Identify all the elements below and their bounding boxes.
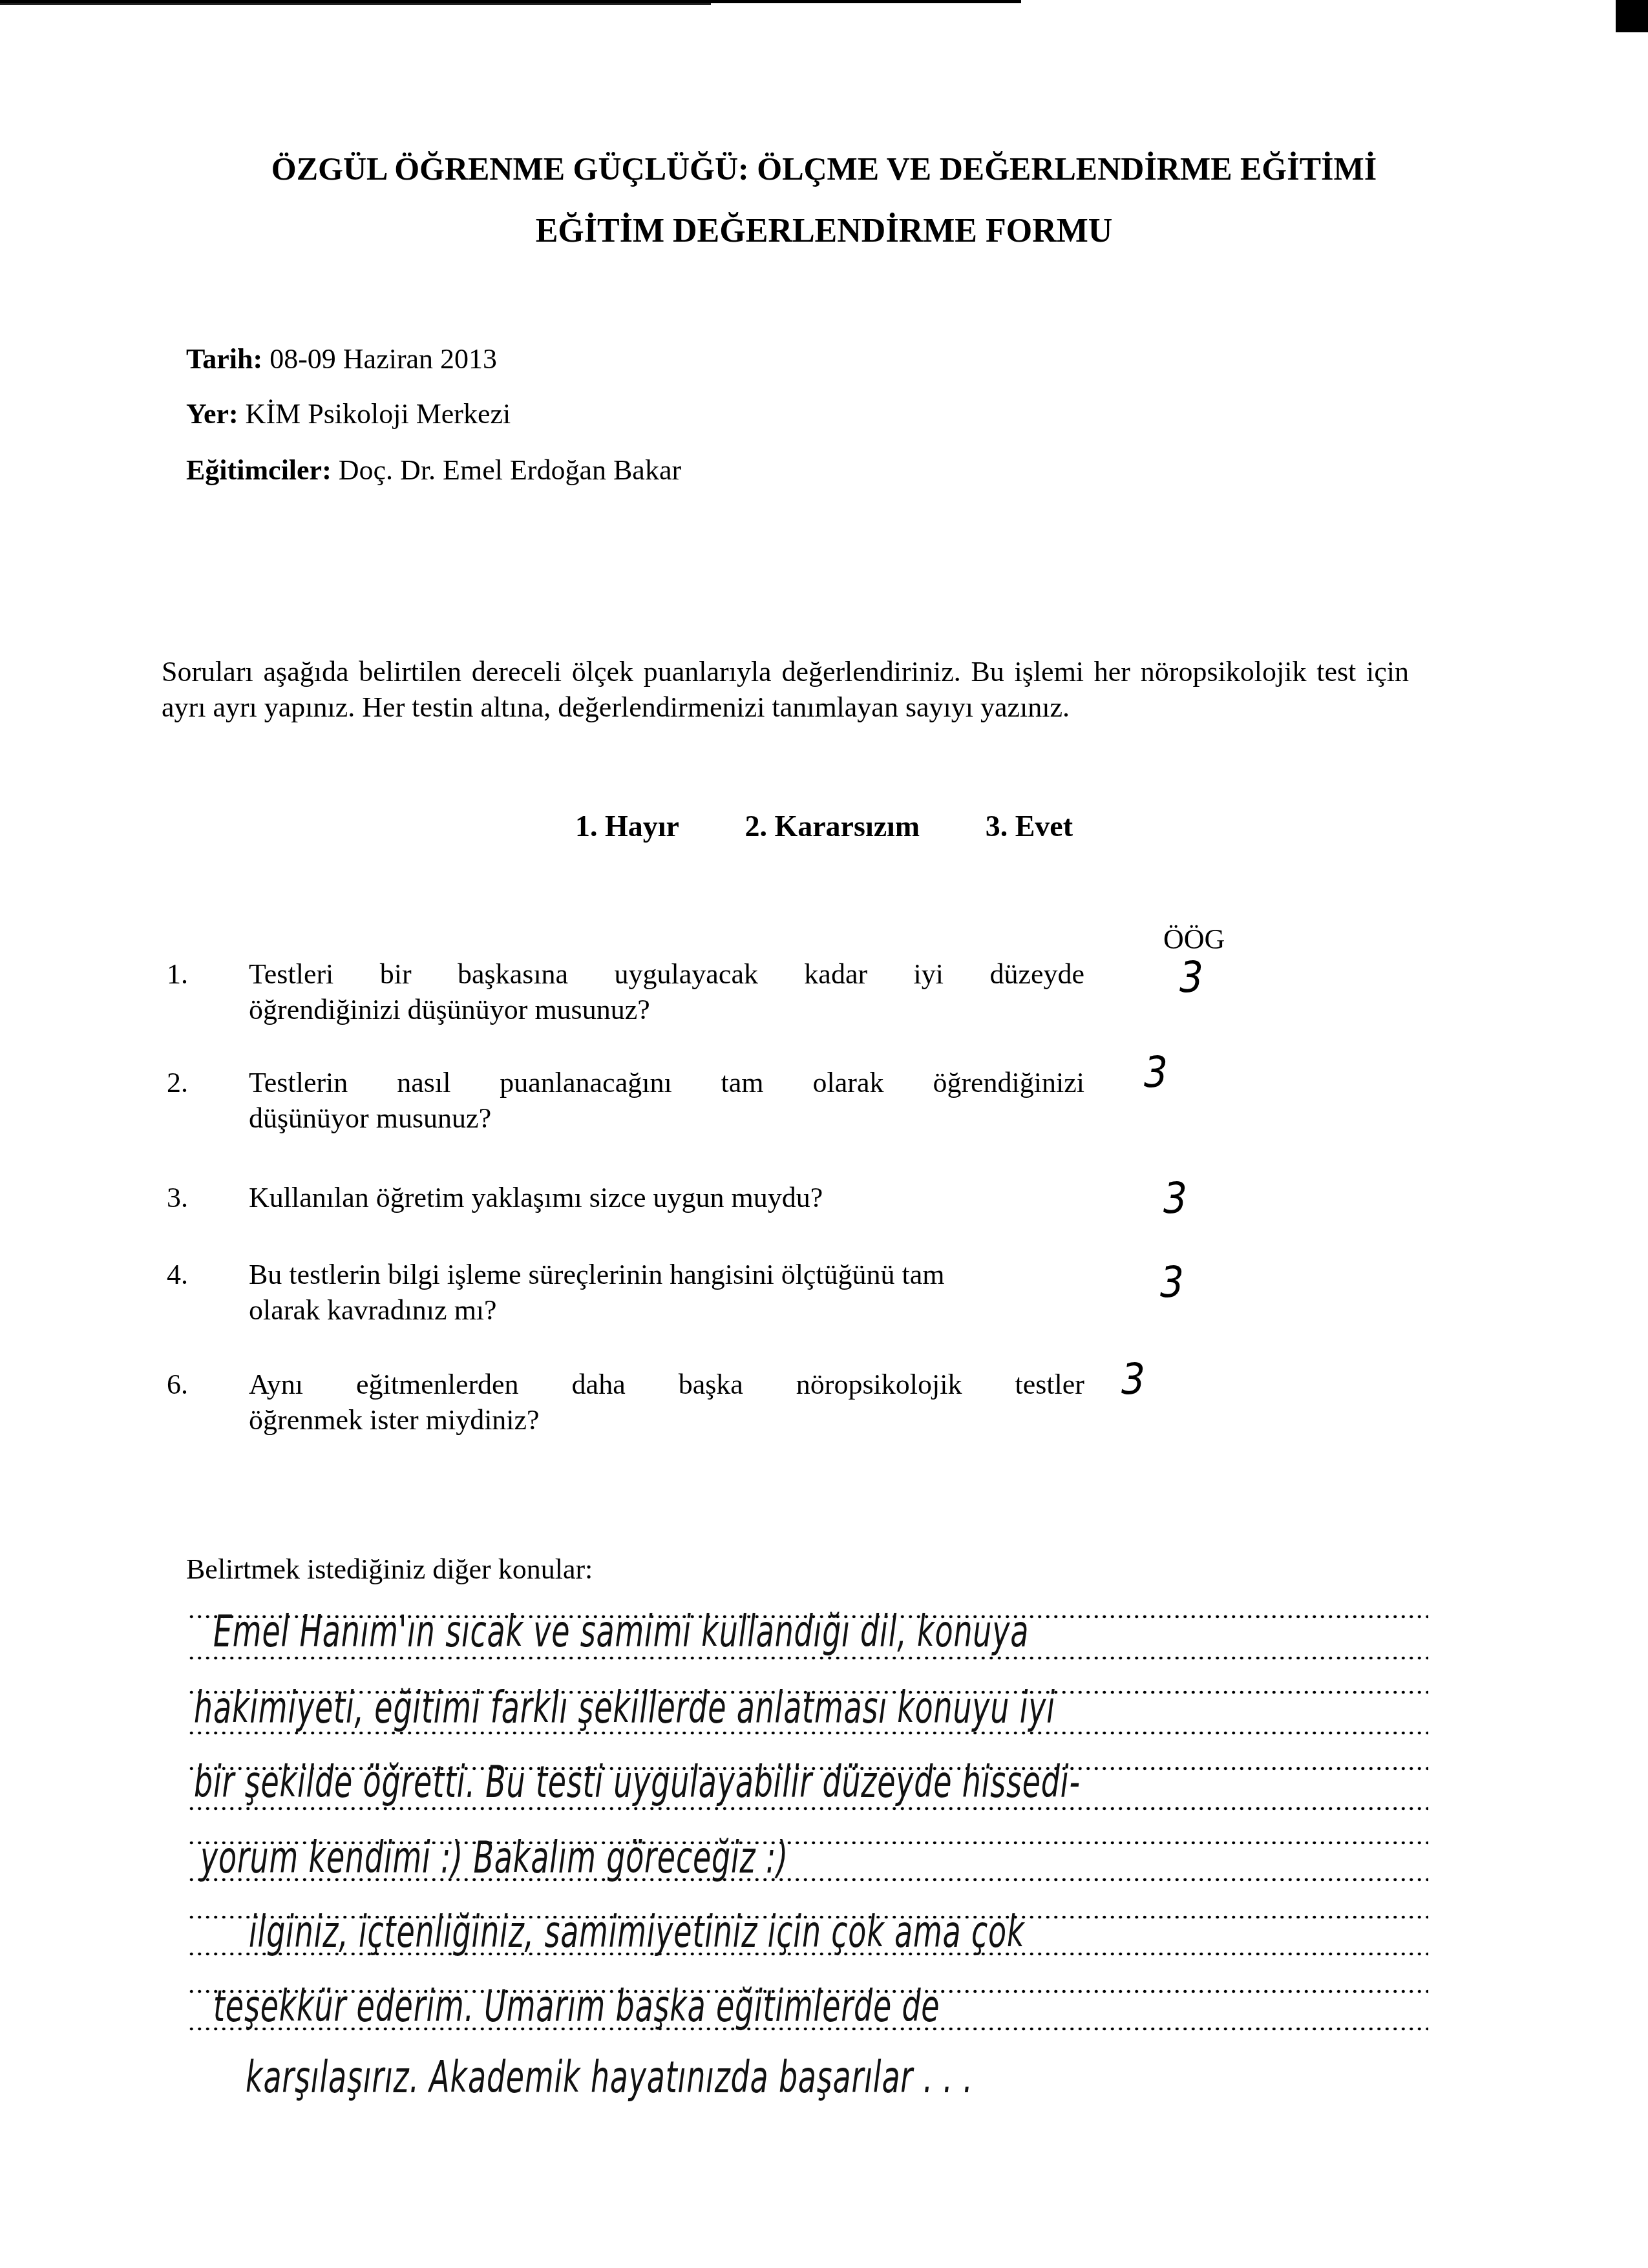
answer-1: 3 bbox=[1179, 952, 1203, 1002]
question-number: 6. bbox=[167, 1367, 188, 1402]
handwritten-line-1: Emel Hanım'ın sıcak ve samimi kullandığı… bbox=[213, 1607, 1252, 1657]
meta-place-value: KİM Psikoloji Merkezi bbox=[246, 398, 511, 430]
meta-date-value: 08-09 Haziran 2013 bbox=[269, 343, 497, 375]
meta-date: Tarih: 08-09 Haziran 2013 bbox=[186, 342, 497, 375]
rating-scale: 1. Hayır 2. Kararsızım 3. Evet bbox=[0, 809, 1648, 843]
question-number: 4. bbox=[167, 1257, 188, 1292]
question-text-line2: öğrendiğinizi düşünüyor musunuz? bbox=[249, 994, 650, 1025]
answer-column-header: ÖÖG bbox=[1163, 923, 1225, 956]
meta-trainers-label: Eğitimciler: bbox=[186, 454, 332, 486]
answer-6: 3 bbox=[1121, 1354, 1145, 1404]
handwritten-line-6: teşekkür ederim. Umarım başka eğitimlerd… bbox=[213, 1982, 1252, 2032]
other-topics-label: Belirtmek istediğiniz diğer konular: bbox=[186, 1553, 593, 1586]
answer-2: 3 bbox=[1144, 1047, 1168, 1097]
question-text-line2: öğrenmek ister miydiniz? bbox=[249, 1404, 540, 1436]
scale-option-yes: 3. Evet bbox=[986, 810, 1073, 843]
question-text-line1: Bu testlerin bilgi işleme süreçlerinin h… bbox=[249, 1257, 1084, 1292]
question-number: 3. bbox=[167, 1180, 188, 1215]
document-title: ÖZGÜL ÖĞRENME GÜÇLÜĞÜ: ÖLÇME VE DEĞERLEN… bbox=[0, 150, 1648, 187]
meta-date-label: Tarih: bbox=[186, 343, 262, 375]
answer-3: 3 bbox=[1163, 1173, 1187, 1223]
form-title: EĞİTİM DEĞERLENDİRME FORMU bbox=[0, 212, 1648, 250]
handwritten-line-7: karşılaşırız. Akademik hayatınızda başar… bbox=[246, 2053, 1284, 2103]
handwritten-line-4: yorum kendimi :) Bakalım göreceğiz :) bbox=[200, 1833, 1239, 1884]
question-4: 4. Bu testlerin bilgi işleme süreçlerini… bbox=[167, 1257, 1084, 1328]
question-text-line1: Kullanılan öğretim yaklaşımı sizce uygun… bbox=[249, 1182, 823, 1213]
scan-edge-top-secondary bbox=[0, 3, 711, 5]
meta-trainers-value: Doç. Dr. Emel Erdoğan Bakar bbox=[339, 454, 681, 486]
scale-option-no: 1. Hayır bbox=[575, 810, 679, 843]
scan-corner-mark bbox=[1616, 0, 1648, 32]
handwritten-line-2: hakimiyeti, eğitimi farklı şekillerde an… bbox=[194, 1683, 1232, 1734]
question-text-line1: Testlerin nasıl puanlanacağını tam olara… bbox=[249, 1065, 1084, 1100]
question-1: 1. Testleri bir başkasına uygulayacak ka… bbox=[167, 956, 1084, 1027]
scale-option-undecided: 2. Kararsızım bbox=[745, 810, 920, 843]
question-text-line1: Testleri bir başkasına uygulayacak kadar… bbox=[249, 956, 1084, 992]
instructions-paragraph: Soruları aşağıda belirtilen dereceli ölç… bbox=[162, 654, 1409, 725]
handwritten-line-3: bir şekilde öğretti. Bu testi uygulayabi… bbox=[194, 1758, 1232, 1808]
question-2: 2. Testlerin nasıl puanlanacağını tam ol… bbox=[167, 1065, 1084, 1136]
meta-place-label: Yer: bbox=[186, 398, 238, 430]
question-text-line2: olarak kavradınız mı? bbox=[249, 1294, 497, 1326]
answer-4: 3 bbox=[1160, 1257, 1184, 1307]
question-text-line1: Aynı eğitmenlerden daha başka nöropsikol… bbox=[249, 1367, 1084, 1402]
meta-place: Yer: KİM Psikoloji Merkezi bbox=[186, 397, 511, 430]
question-6: 6. Aynı eğitmenlerden daha başka nöropsi… bbox=[167, 1367, 1084, 1438]
handwritten-line-5: ilginiz, içtenliğiniz, samimiyetiniz içi… bbox=[249, 1907, 1287, 1958]
question-number: 1. bbox=[167, 956, 188, 992]
meta-trainers: Eğitimciler: Doç. Dr. Emel Erdoğan Bakar bbox=[186, 454, 681, 487]
question-text-line2: düşünüyor musunuz? bbox=[249, 1102, 491, 1134]
question-number: 2. bbox=[167, 1065, 188, 1100]
question-3: 3. Kullanılan öğretim yaklaşımı sizce uy… bbox=[167, 1180, 1084, 1215]
